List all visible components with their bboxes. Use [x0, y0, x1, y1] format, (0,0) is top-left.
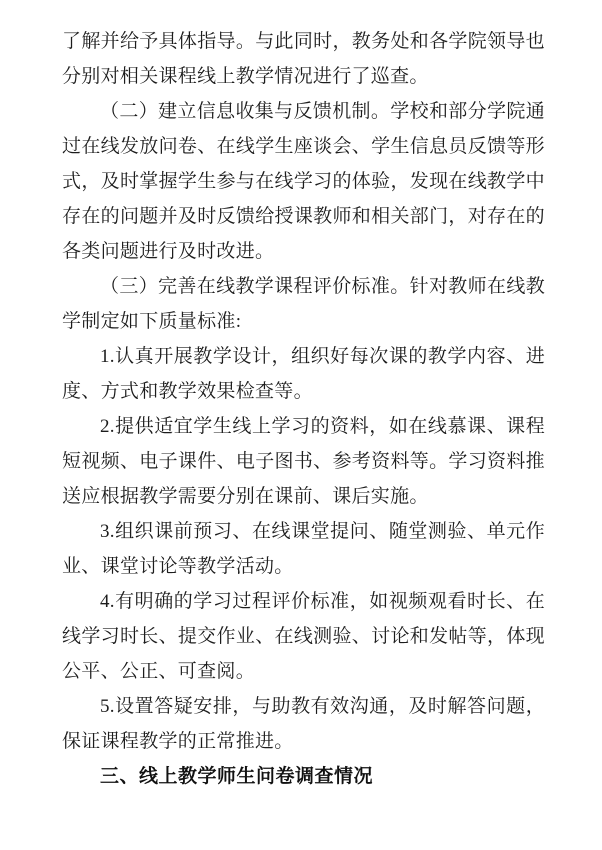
- list-item-5: 5.设置答疑安排，与助教有效沟通，及时解答问题，保证课程教学的正常推进。: [62, 689, 545, 759]
- list-item-4: 4.有明确的学习过程评价标准，如视频观看时长、在线学习时长、提交作业、在线测验、…: [62, 584, 545, 689]
- paragraph-continuation: 了解并给予具体指导。与此同时，教务处和各学院领导也分别对相关课程线上教学情况进行…: [62, 24, 545, 94]
- list-item-3: 3.组织课前预习、在线课堂提问、随堂测验、单元作业、课堂讨论等教学活动。: [62, 514, 545, 584]
- paragraph-section-3: （三）完善在线教学课程评价标准。针对教师在线教学制定如下质量标准:: [62, 269, 545, 339]
- document-body: 了解并给予具体指导。与此同时，教务处和各学院领导也分别对相关课程线上教学情况进行…: [62, 24, 545, 794]
- list-item-1: 1.认真开展教学设计，组织好每次课的教学内容、进度、方式和教学效果检查等。: [62, 339, 545, 409]
- section-heading: 三、线上教学师生问卷调查情况: [62, 759, 545, 794]
- document-page: 了解并给予具体指导。与此同时，教务处和各学院领导也分别对相关课程线上教学情况进行…: [0, 0, 602, 850]
- list-item-2: 2.提供适宜学生线上学习的资料，如在线慕课、课程短视频、电子课件、电子图书、参考…: [62, 409, 545, 514]
- paragraph-section-2: （二）建立信息收集与反馈机制。学校和部分学院通过在线发放问卷、在线学生座谈会、学…: [62, 94, 545, 269]
